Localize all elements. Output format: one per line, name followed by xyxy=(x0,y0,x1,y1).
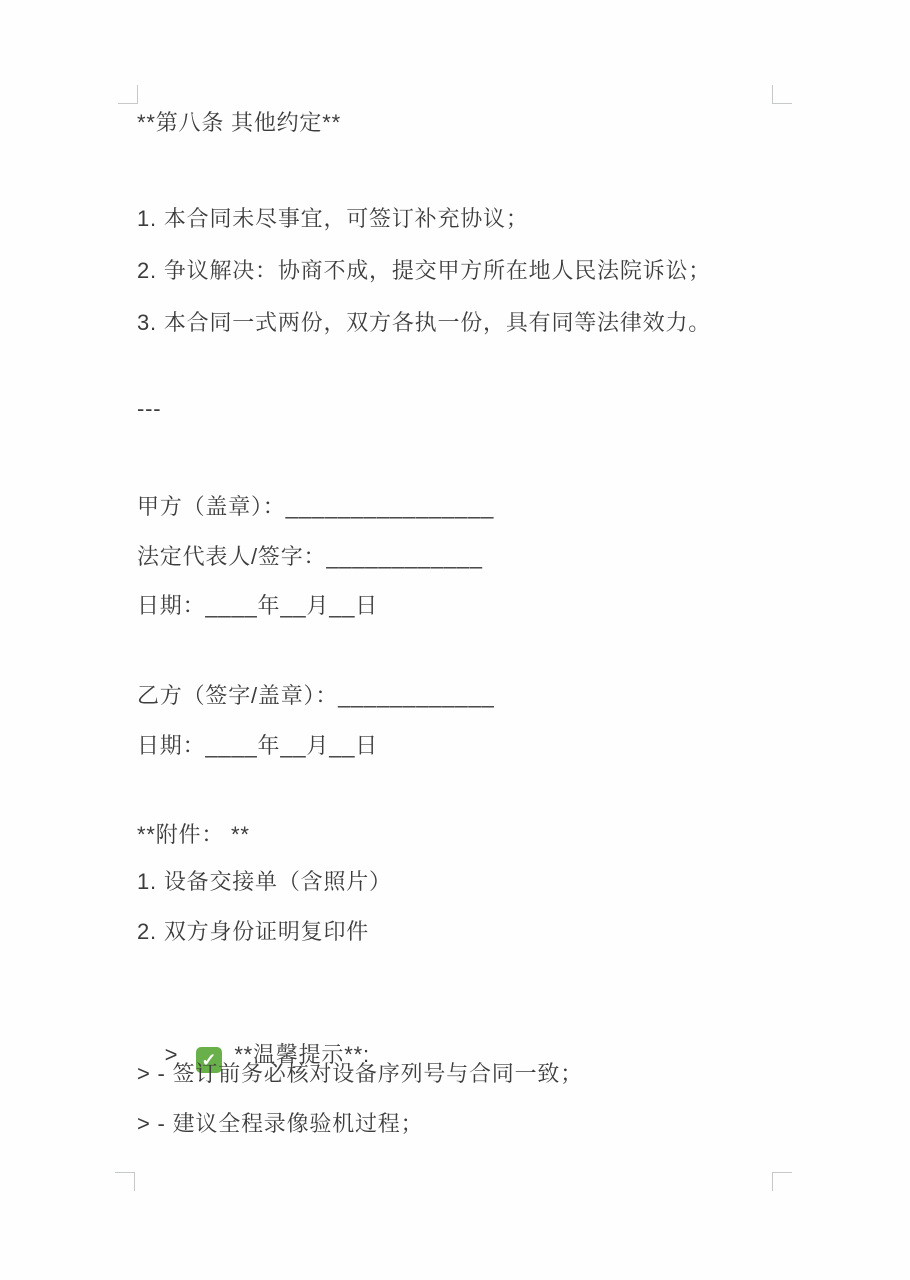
section-heading: **第八条 其他约定** xyxy=(137,108,341,138)
text-boundary-corner-top-right xyxy=(772,85,792,104)
text-boundary-corner-bottom-left xyxy=(115,1172,135,1191)
party-a-seal-line: 甲方（盖章）：________________ xyxy=(137,492,494,522)
clause-item-2: 2. 争议解决：协商不成，提交甲方所在地人民法院诉讼； xyxy=(137,256,711,286)
text-boundary-corner-bottom-right xyxy=(772,1172,792,1191)
attachments-heading: **附件： ** xyxy=(137,820,250,850)
tips-heading-line: >✓**温馨提示**: xyxy=(137,1010,370,1103)
document-page: **第八条 其他约定** 1. 本合同未尽事宜，可签订补充协议； 2. 争议解决… xyxy=(0,0,910,1280)
tip-item-1: > - 签订前务必核对设备序列号与合同一致； xyxy=(137,1059,583,1089)
tip-item-2: > - 建议全程录像验机过程； xyxy=(137,1109,423,1139)
attachment-item-1: 1. 设备交接单（含照片） xyxy=(137,867,392,897)
party-b-date-line: 日期：____年__月__日 xyxy=(137,731,378,761)
party-a-legal-rep-line: 法定代表人/签字：____________ xyxy=(137,542,483,572)
markdown-divider: --- xyxy=(137,394,161,424)
clause-item-1: 1. 本合同未尽事宜，可签订补充协议； xyxy=(137,204,529,234)
clause-item-3: 3. 本合同一式两份，双方各执一份，具有同等法律效力。 xyxy=(137,308,711,338)
text-boundary-corner-top-left xyxy=(118,85,138,104)
party-a-date-line: 日期：____年__月__日 xyxy=(137,591,378,621)
attachment-item-2: 2. 双方身份证明复印件 xyxy=(137,917,369,947)
party-b-sign-line: 乙方（签字/盖章）：____________ xyxy=(137,681,495,711)
